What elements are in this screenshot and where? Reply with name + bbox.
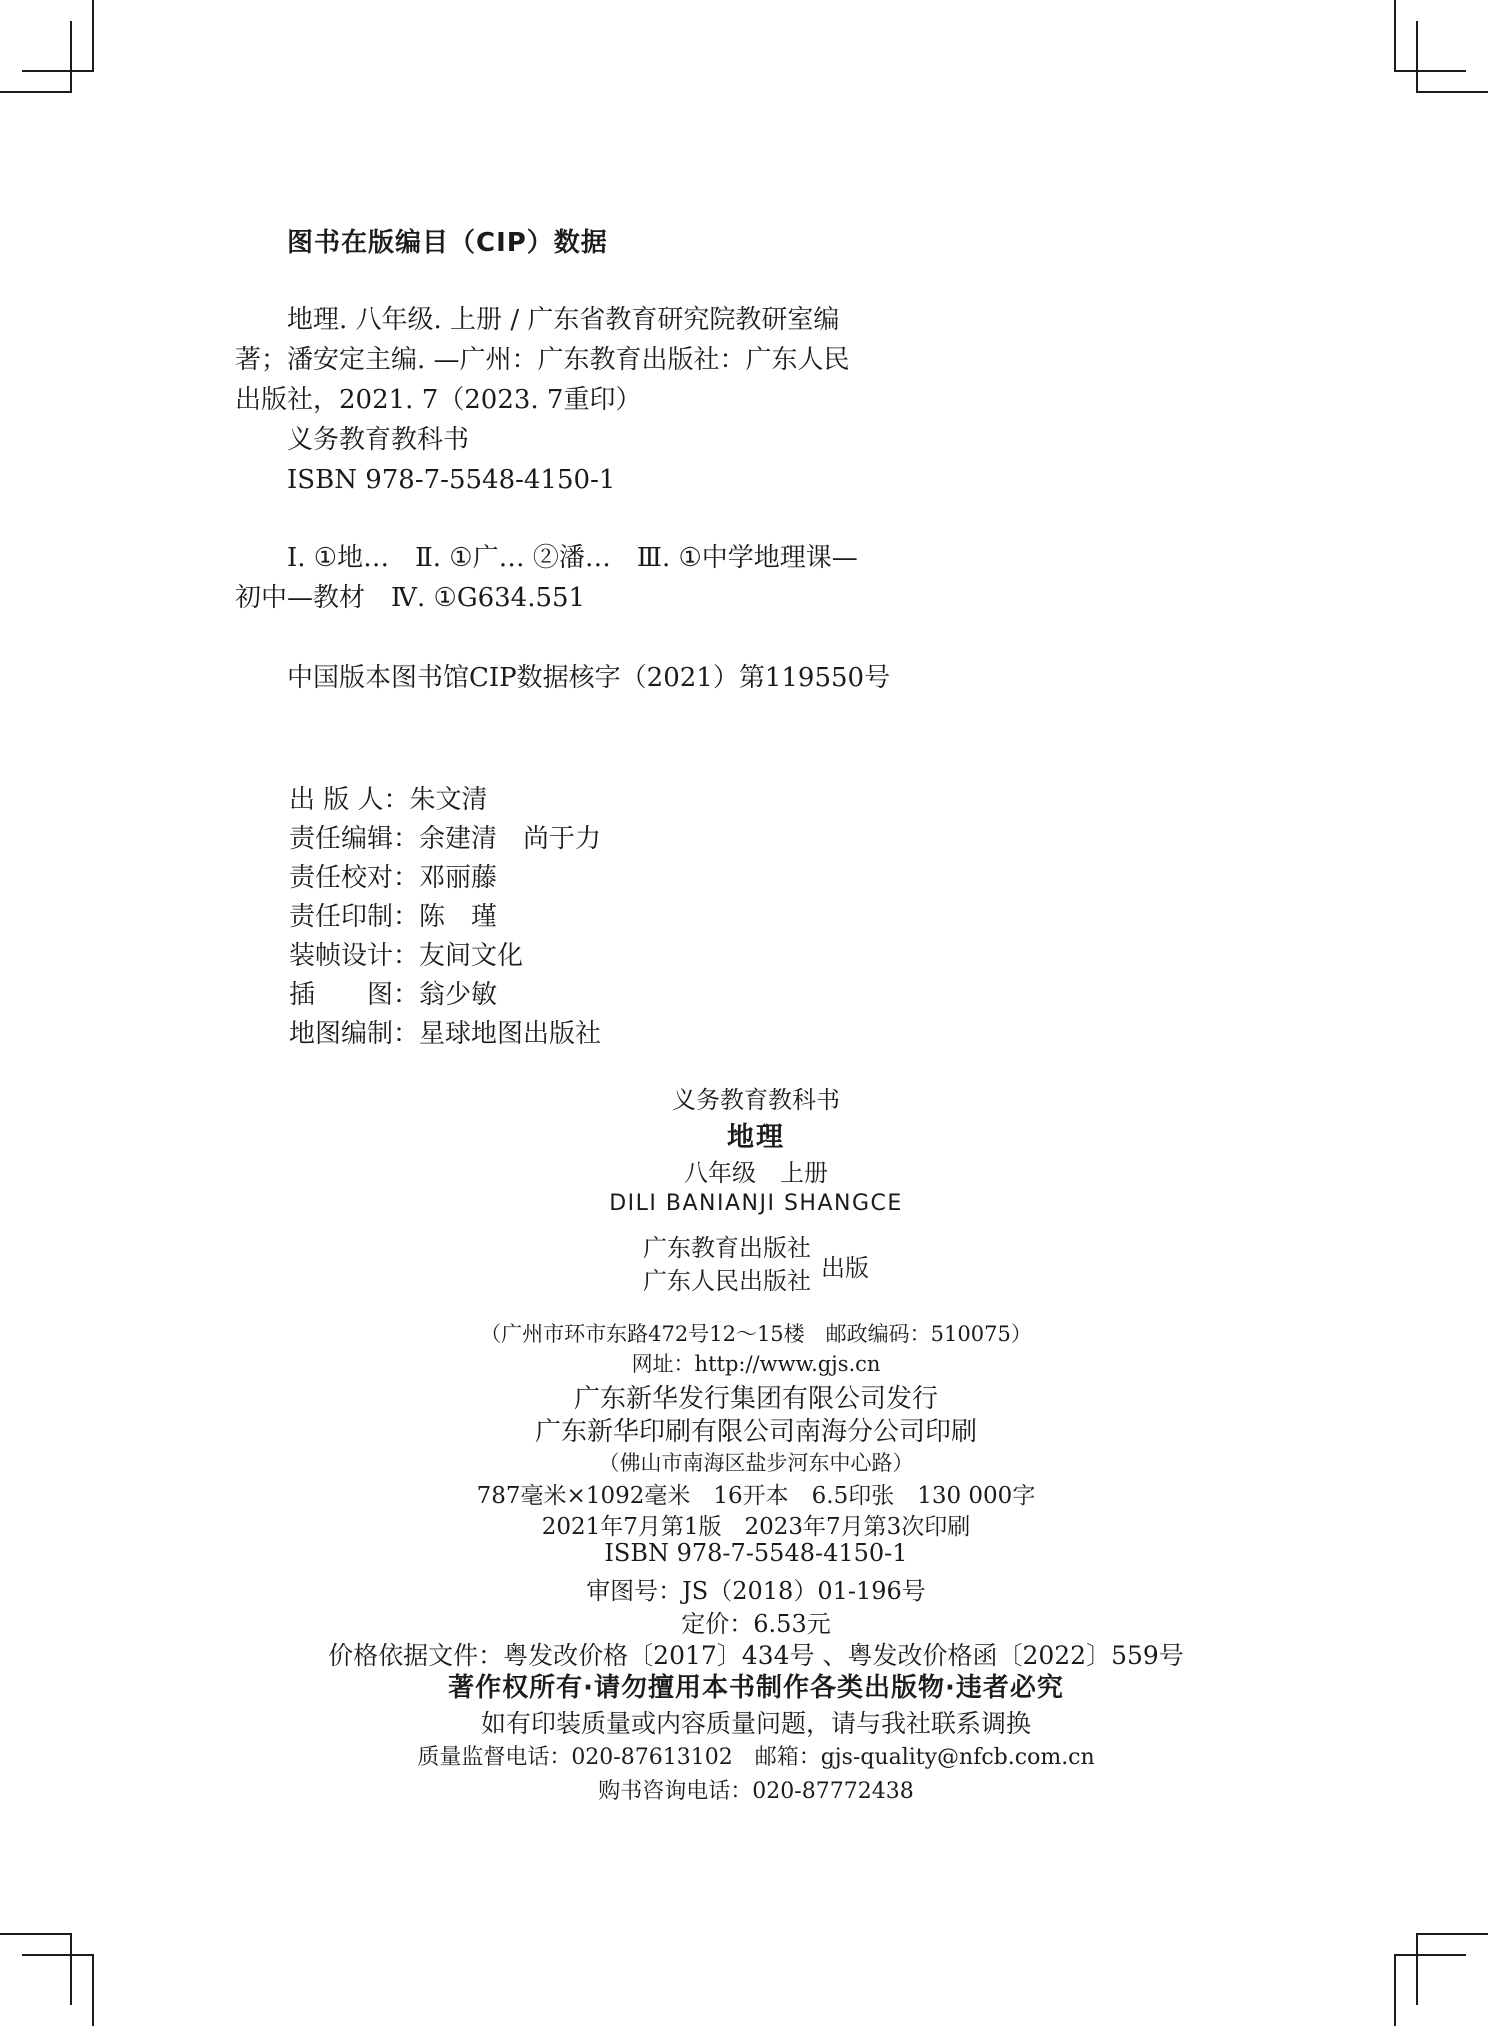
copyright-notice: 著作权所有·请勿擅用本书制作各类出版物·违者必究: [24, 1667, 1488, 1704]
cip-record-line: 出版社，2021. 7（2023. 7重印）: [235, 380, 850, 420]
credit-map-maker: 地图编制：星球地图出版社: [289, 1015, 601, 1054]
publisher-2: 广东人民出版社: [643, 1265, 811, 1298]
credit-label: 地图编制：: [289, 1019, 419, 1049]
credit-value: 余建清 尚于力: [419, 824, 601, 854]
distributor-line: 广东新华发行集团有限公司发行: [24, 1378, 1488, 1415]
publisher-website: 网址：http://www.gjs.cn: [24, 1348, 1488, 1378]
crop-mark-br: [1416, 1933, 1488, 1935]
crop-mark-br: [1416, 1933, 1418, 2005]
price-line: 定价：6.53元: [24, 1604, 1488, 1639]
cip-heading: 图书在版编目（CIP）数据: [287, 226, 608, 260]
crop-mark-tl: [92, 0, 94, 72]
publisher-imprint: 广东教育出版社 广东人民出版社 出版: [24, 1232, 1488, 1298]
credit-publisher-person: 出 版 人：朱文清: [289, 781, 601, 820]
credit-editor: 责任编辑：余建清 尚于力: [289, 820, 601, 859]
edition-line: 2021年7月第1版 2023年7月第3次印刷: [24, 1508, 1488, 1541]
credits-list: 出 版 人：朱文清 责任编辑：余建清 尚于力 责任校对：邓丽藤 责任印制：陈 瑾…: [289, 781, 601, 1054]
map-approval-line: 审图号：JS（2018）01-196号: [24, 1571, 1488, 1606]
cip-classification: Ⅰ. ①地… Ⅱ. ①广… ②潘… Ⅲ. ①中学地理课— 初中—教材 Ⅳ. ①G…: [235, 538, 858, 618]
crop-mark-br: [1394, 1954, 1396, 2026]
quality-notice: 如有印装质量或内容质量问题，请与我社联系调换: [24, 1704, 1488, 1740]
crop-mark-tl: [0, 91, 72, 93]
credit-value: 友间文化: [419, 941, 523, 971]
credit-label: 责任编辑：: [289, 824, 419, 854]
cip-record-line: ISBN 978-7-5548-4150-1: [235, 460, 850, 500]
crop-mark-tr: [1416, 91, 1488, 93]
cip-classification-line: 初中—教材 Ⅳ. ①G634.551: [235, 578, 858, 618]
cip-record: 地理. 八年级. 上册 / 广东省教育研究院教研室编 著；潘安定主编. —广州：…: [235, 300, 850, 500]
crop-mark-bl: [70, 1933, 72, 2005]
credit-label: 责任印制：: [289, 902, 419, 932]
crop-mark-tr: [1394, 0, 1396, 72]
credit-value: 翁少敏: [419, 980, 497, 1010]
printer-address: （佛山市南海区盐步河东中心路）: [24, 1447, 1488, 1477]
crop-mark-br: [1394, 1954, 1466, 1956]
credit-label: 出 版 人：: [289, 785, 410, 815]
credit-label: 责任校对：: [289, 863, 419, 893]
credit-label: 插 图：: [289, 980, 419, 1010]
credit-value: 星球地图出版社: [419, 1019, 601, 1049]
book-copyright-page: 图书在版编目（CIP）数据 地理. 八年级. 上册 / 广东省教育研究院教研室编…: [0, 0, 1488, 2026]
crop-mark-bl: [0, 1933, 72, 1935]
publisher-1: 广东教育出版社: [643, 1232, 811, 1265]
credit-illustrator: 插 图：翁少敏: [289, 976, 601, 1015]
publish-label: 出版: [821, 1248, 869, 1283]
cip-registration-number: 中国版本图书馆CIP数据核字（2021）第119550号: [287, 658, 890, 698]
crop-mark-tl: [22, 70, 94, 72]
grade-volume: 八年级 上册: [24, 1153, 1488, 1188]
isbn-line: ISBN 978-7-5548-4150-1: [24, 1539, 1488, 1567]
cip-classification-line: Ⅰ. ①地… Ⅱ. ①广… ②潘… Ⅲ. ①中学地理课—: [235, 538, 858, 578]
credit-value: 邓丽藤: [419, 863, 497, 893]
credit-label: 装帧设计：: [289, 941, 419, 971]
format-line: 787毫米×1092毫米 16开本 6.5印张 130 000字: [24, 1477, 1488, 1510]
crop-mark-tl: [70, 21, 72, 93]
series-title: 义务教育教科书: [24, 1080, 1488, 1115]
crop-mark-tr: [1416, 21, 1418, 93]
purchase-phone-line: 购书咨询电话：020-87772438: [24, 1774, 1488, 1805]
credit-value: 朱文清: [410, 785, 488, 815]
crop-mark-bl: [22, 1954, 94, 1956]
crop-mark-tr: [1394, 70, 1466, 72]
cip-record-line: 地理. 八年级. 上册 / 广东省教育研究院教研室编: [235, 300, 850, 340]
printer-line: 广东新华印刷有限公司南海分公司印刷: [24, 1411, 1488, 1448]
cip-record-line: 义务教育教科书: [235, 420, 850, 460]
publisher-address: （广州市环市东路472号12～15楼 邮政编码：510075）: [24, 1318, 1488, 1348]
credit-print-supervisor: 责任印制：陈 瑾: [289, 898, 601, 937]
credit-proofreader: 责任校对：邓丽藤: [289, 859, 601, 898]
book-title: 地理: [24, 1115, 1488, 1154]
crop-mark-bl: [92, 1954, 94, 2026]
pinyin-title: DILI BANIANJI SHANGCE: [24, 1191, 1488, 1216]
cip-record-line: 著；潘安定主编. —广州：广东教育出版社：广东人民: [235, 340, 850, 380]
credit-designer: 装帧设计：友间文化: [289, 937, 601, 976]
credit-value: 陈 瑾: [419, 902, 497, 932]
quality-phone-line: 质量监督电话：020-87613102 邮箱：gjs-quality@nfcb.…: [24, 1740, 1488, 1771]
